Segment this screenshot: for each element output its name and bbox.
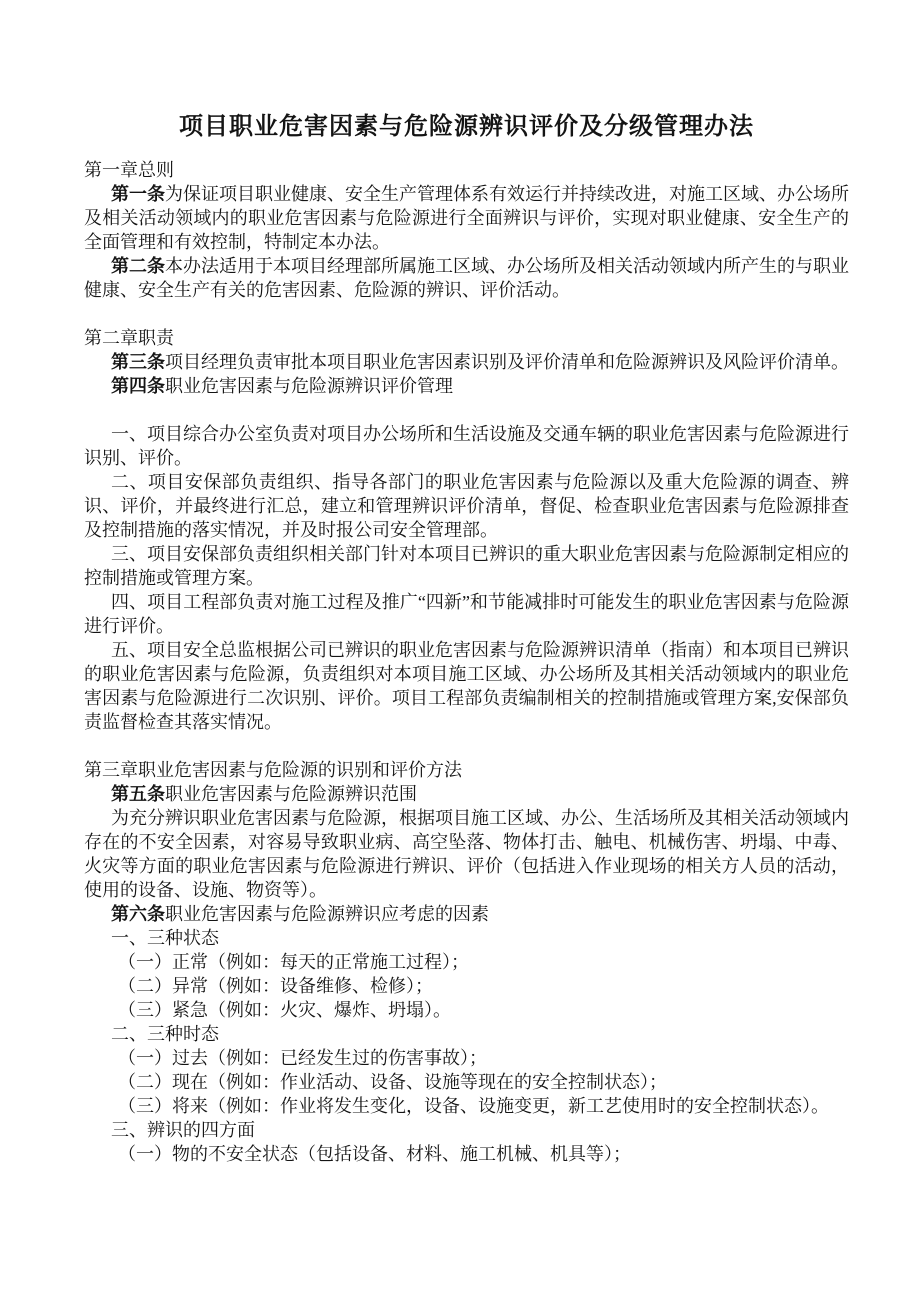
chapter-heading: 第一章总则 bbox=[84, 158, 849, 182]
document-title: 项目职业危害因素与危险源辨识评价及分级管理办法 bbox=[84, 110, 849, 144]
article-paragraph: 第五条职业危害因素与危险源辨识范围 bbox=[84, 782, 849, 806]
body-paragraph: 为充分辨识职业危害因素与危险源，根据项目施工区域、办公、生活场所及其相关活动领域… bbox=[84, 806, 849, 902]
article-number: 第五条 bbox=[111, 784, 165, 804]
list-item: 一、三种状态 bbox=[84, 926, 849, 950]
list-item: 二、三种时态 bbox=[84, 1022, 849, 1046]
sub-list-item: （三）将来（例如：作业将发生变化，设备、设施变更，新工艺使用时的安全控制状态）。 bbox=[84, 1094, 849, 1118]
sub-list-item: （一）正常（例如：每天的正常施工过程）； bbox=[84, 950, 849, 974]
list-item: 一、项目综合办公室负责对项目办公场所和生活设施及交通车辆的职业危害因素与危险源进… bbox=[84, 422, 849, 470]
document-page: 项目职业危害因素与危险源辨识评价及分级管理办法 第一章总则 第一条为保证项目职业… bbox=[0, 0, 920, 1301]
article-text: 为保证项目职业健康、安全生产管理体系有效运行并持续改进，对施工区域、办公场所及相… bbox=[84, 184, 849, 252]
article-number: 第三条 bbox=[111, 352, 165, 372]
article-text: 职业危害因素与危险源辨识评价管理 bbox=[165, 376, 453, 396]
list-item: 二、项目安保部负责组织、指导各部门的职业危害因素与危险源以及重大危险源的调查、辨… bbox=[84, 470, 849, 542]
article-number: 第一条 bbox=[111, 184, 165, 204]
list-item: 四、项目工程部负责对施工过程及推广“四新”和节能减排时可能发生的职业危害因素与危… bbox=[84, 590, 849, 638]
sub-list-item: （二）现在（例如：作业活动、设备、设施等现在的安全控制状态）； bbox=[84, 1070, 849, 1094]
sub-list-item: （一）物的不安全状态（包括设备、材料、施工机械、机具等）； bbox=[84, 1142, 849, 1166]
list-item: 五、项目安全总监根据公司已辨识的职业危害因素与危险源辨识清单（指南）和本项目已辨… bbox=[84, 638, 849, 734]
article-text: 项目经理负责审批本项目职业危害因素识别及评价清单和危险源辨识及风险评价清单。 bbox=[165, 352, 849, 372]
article-text: 本办法适用于本项目经理部所属施工区域、办公场所及相关活动领域内所产生的与职业健康… bbox=[84, 256, 849, 300]
article-paragraph: 第四条职业危害因素与危险源辨识评价管理 bbox=[84, 374, 849, 398]
article-number: 第六条 bbox=[111, 904, 165, 924]
list-item: 三、项目安保部负责组织相关部门针对本项目已辨识的重大职业危害因素与危险源制定相应… bbox=[84, 542, 849, 590]
document-body: 第一章总则 第一条为保证项目职业健康、安全生产管理体系有效运行并持续改进，对施工… bbox=[84, 158, 849, 1166]
sub-list-item: （二）异常（例如：设备维修、检修）； bbox=[84, 974, 849, 998]
list-item: 三、辨识的四方面 bbox=[84, 1118, 849, 1142]
article-number: 第四条 bbox=[111, 376, 165, 396]
sub-list-item: （一）过去（例如：已经发生过的伤害事故）； bbox=[84, 1046, 849, 1070]
sub-list-item: （三）紧急（例如：火灾、爆炸、坍塌）。 bbox=[84, 998, 849, 1022]
article-paragraph: 第六条职业危害因素与危险源辨识应考虑的因素 bbox=[84, 902, 849, 926]
article-text: 职业危害因素与危险源辨识范围 bbox=[165, 784, 417, 804]
article-text: 职业危害因素与危险源辨识应考虑的因素 bbox=[165, 904, 489, 924]
chapter-heading: 第二章职责 bbox=[84, 326, 849, 350]
article-paragraph: 第二条本办法适用于本项目经理部所属施工区域、办公场所及相关活动领域内所产生的与职… bbox=[84, 254, 849, 302]
article-paragraph: 第三条项目经理负责审批本项目职业危害因素识别及评价清单和危险源辨识及风险评价清单… bbox=[84, 350, 849, 374]
article-number: 第二条 bbox=[111, 256, 165, 276]
article-paragraph: 第一条为保证项目职业健康、安全生产管理体系有效运行并持续改进，对施工区域、办公场… bbox=[84, 182, 849, 254]
chapter-heading: 第三章职业危害因素与危险源的识别和评价方法 bbox=[84, 758, 849, 782]
